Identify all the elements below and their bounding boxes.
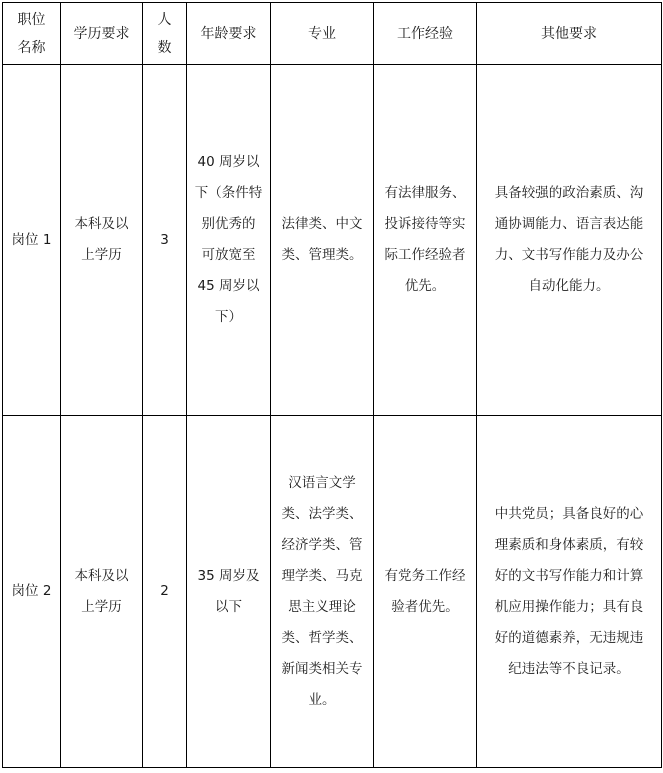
- cell-text-line: 岗位 1: [7, 225, 56, 256]
- cell-text-line: 验者优先。: [378, 592, 472, 623]
- table-row: 岗位 1 本科及以上学历 3 40 周岁以下（条件特别优秀的可放宽至45 周岁以…: [3, 65, 662, 416]
- cell-text-line: 有法律服务、: [378, 178, 472, 209]
- header-row: 职位名称 学历要求 人数 年龄要求 专业 工作经验 其他要求: [3, 3, 662, 65]
- header-other: 其他要求: [477, 3, 662, 65]
- cell-text-line: 专业: [275, 20, 369, 48]
- cell-text-line: 上学历: [65, 240, 138, 271]
- cell-text-line: 理素质和身体素质，有较: [481, 530, 657, 561]
- cell-text-line: 中共党员；具备良好的心: [481, 499, 657, 530]
- cell-experience: 有法律服务、投诉接待等实际工作经验者优先。: [374, 65, 477, 416]
- cell-text-line: 职位: [7, 6, 56, 34]
- cell-experience: 有党务工作经验者优先。: [374, 416, 477, 768]
- cell-text-line: 业。: [275, 685, 369, 716]
- cell-position: 岗位 1: [3, 65, 61, 416]
- cell-other: 中共党员；具备良好的心理素质和身体素质，有较好的文书写作能力和计算机应用操作能力…: [477, 416, 662, 768]
- cell-text-line: 类、哲学类、: [275, 623, 369, 654]
- cell-text-line: 以下: [191, 592, 266, 623]
- cell-text-line: 名称: [7, 34, 56, 62]
- cell-text-line: 岗位 2: [7, 576, 56, 607]
- cell-text-line: 好的文书写作能力和计算: [481, 561, 657, 592]
- cell-text-line: 年龄要求: [191, 20, 266, 48]
- cell-text-line: 40 周岁以: [191, 147, 266, 178]
- cell-position: 岗位 2: [3, 416, 61, 768]
- cell-count: 2: [143, 416, 187, 768]
- header-education: 学历要求: [61, 3, 143, 65]
- cell-major: 法律类、中文类、管理类。: [271, 65, 374, 416]
- cell-text-line: 下）: [191, 302, 266, 333]
- cell-text-line: 45 周岁以: [191, 271, 266, 302]
- cell-text-line: 自动化能力。: [481, 271, 657, 302]
- cell-text-line: 上学历: [65, 592, 138, 623]
- cell-text-line: 思主义理论: [275, 592, 369, 623]
- cell-text-line: 理学类、马克: [275, 561, 369, 592]
- cell-text-line: 纪违法等不良记录。: [481, 654, 657, 685]
- cell-text-line: 法律类、中文: [275, 209, 369, 240]
- cell-age: 35 周岁及以下: [187, 416, 271, 768]
- cell-text-line: 本科及以: [65, 209, 138, 240]
- cell-text-line: 有党务工作经: [378, 561, 472, 592]
- cell-text-line: 新闻类相关专: [275, 654, 369, 685]
- cell-text-line: 汉语言文学: [275, 468, 369, 499]
- table-row: 岗位 2 本科及以上学历 2 35 周岁及以下 汉语言文学类、法学类、经济学类、…: [3, 416, 662, 768]
- cell-major: 汉语言文学类、法学类、经济学类、管理学类、马克思主义理论类、哲学类、新闻类相关专…: [271, 416, 374, 768]
- cell-education: 本科及以上学历: [61, 416, 143, 768]
- cell-text-line: 本科及以: [65, 561, 138, 592]
- cell-count: 3: [143, 65, 187, 416]
- cell-text-line: 学历要求: [65, 20, 138, 48]
- cell-text-line: 机应用操作能力；具有良: [481, 592, 657, 623]
- cell-age: 40 周岁以下（条件特别优秀的可放宽至45 周岁以下）: [187, 65, 271, 416]
- cell-text-line: 人: [147, 6, 182, 34]
- cell-text-line: 3: [147, 225, 182, 256]
- cell-text-line: 类、管理类。: [275, 240, 369, 271]
- cell-text-line: 具备较强的政治素质、沟: [481, 178, 657, 209]
- requirements-table: 职位名称 学历要求 人数 年龄要求 专业 工作经验 其他要求 岗位 1 本科及以…: [2, 2, 662, 768]
- cell-text-line: 优先。: [378, 271, 472, 302]
- cell-text-line: 别优秀的: [191, 209, 266, 240]
- cell-other: 具备较强的政治素质、沟通协调能力、语言表达能力、文书写作能力及办公自动化能力。: [477, 65, 662, 416]
- cell-text-line: 下（条件特: [191, 178, 266, 209]
- header-age: 年龄要求: [187, 3, 271, 65]
- header-position: 职位名称: [3, 3, 61, 65]
- cell-text-line: 力、文书写作能力及办公: [481, 240, 657, 271]
- header-experience: 工作经验: [374, 3, 477, 65]
- header-major: 专业: [271, 3, 374, 65]
- cell-text-line: 其他要求: [481, 20, 657, 48]
- header-count: 人数: [143, 3, 187, 65]
- cell-text-line: 经济学类、管: [275, 530, 369, 561]
- cell-text-line: 好的道德素养，无违规违: [481, 623, 657, 654]
- cell-text-line: 数: [147, 34, 182, 62]
- cell-text-line: 35 周岁及: [191, 561, 266, 592]
- cell-text-line: 2: [147, 576, 182, 607]
- cell-education: 本科及以上学历: [61, 65, 143, 416]
- cell-text-line: 通协调能力、语言表达能: [481, 209, 657, 240]
- cell-text-line: 类、法学类、: [275, 499, 369, 530]
- cell-text-line: 投诉接待等实: [378, 209, 472, 240]
- cell-text-line: 可放宽至: [191, 240, 266, 271]
- cell-text-line: 工作经验: [378, 20, 472, 48]
- cell-text-line: 际工作经验者: [378, 240, 472, 271]
